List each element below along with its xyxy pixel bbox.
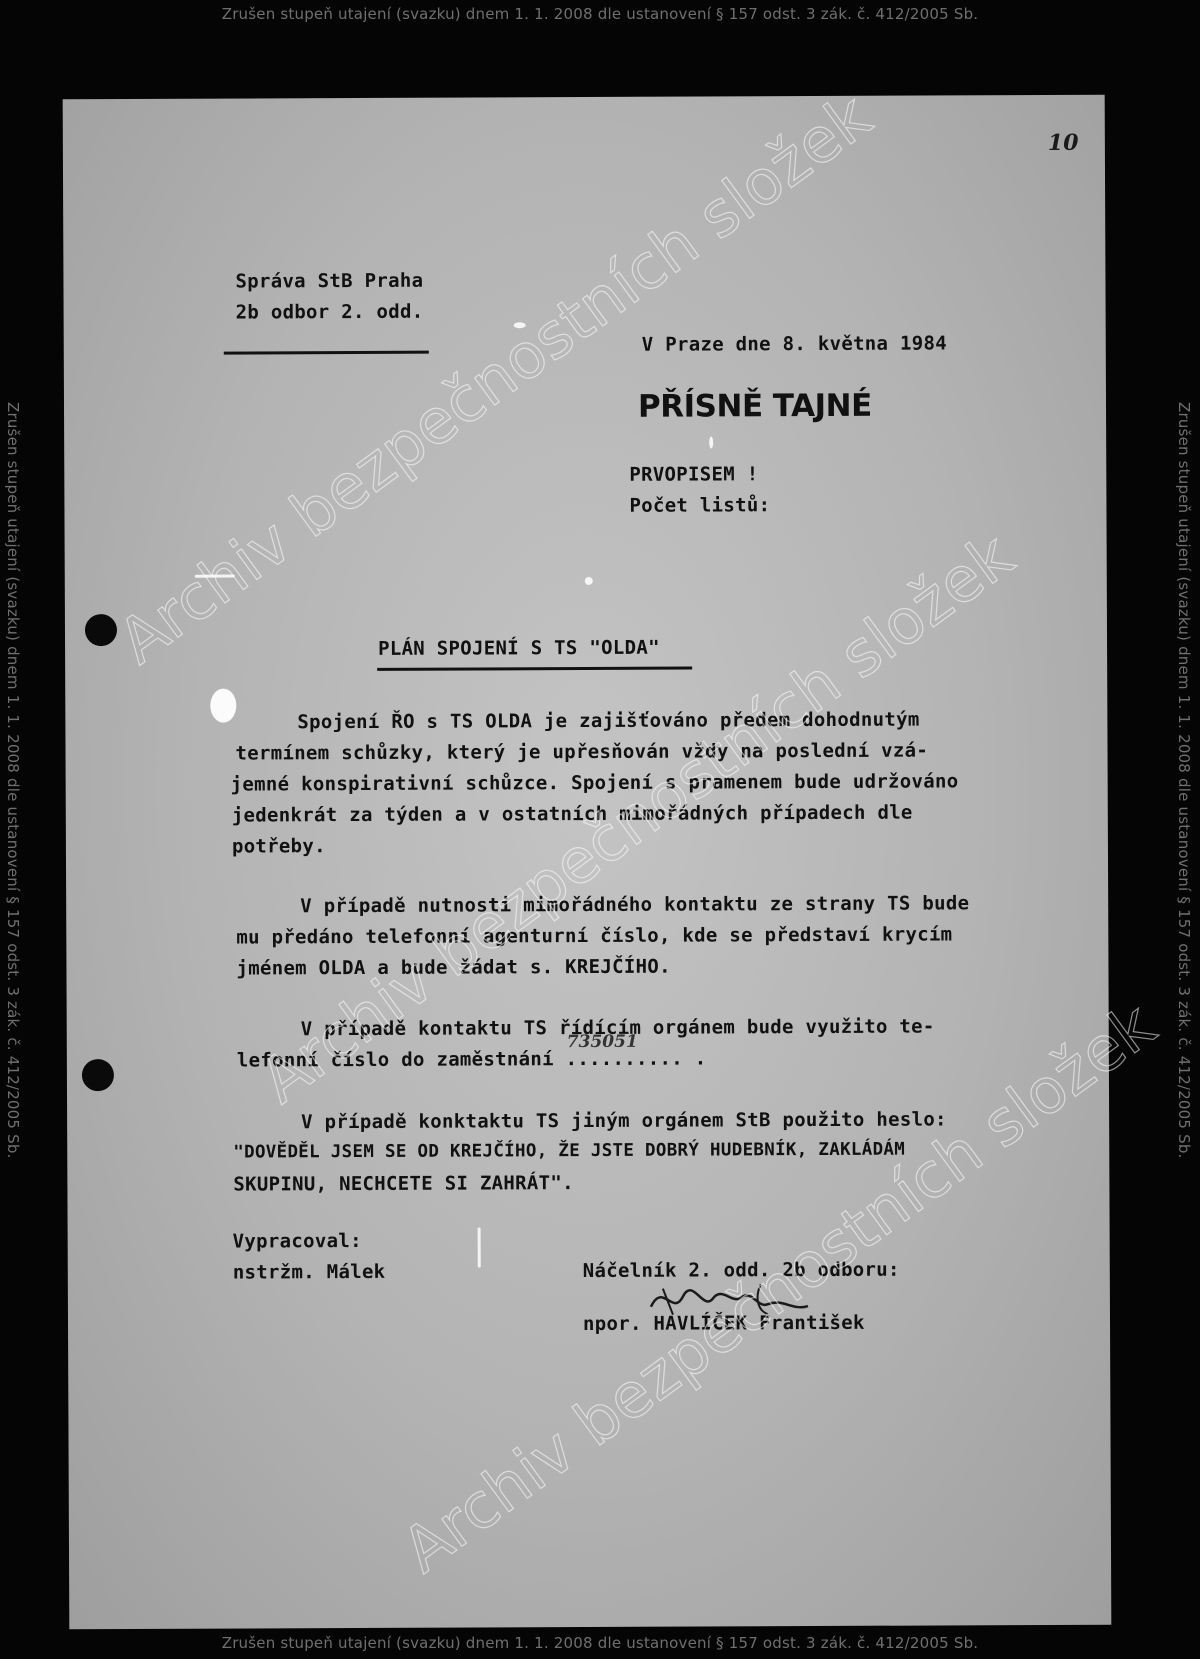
archive-watermark: Archiv bezpečnostních složek (389, 988, 1168, 1587)
paper-blemish (478, 1227, 481, 1267)
document-title: PLÁN SPOJENÍ S TS "OLDA" (378, 637, 660, 660)
prepared-by-name: nstržm. Málek (233, 1261, 386, 1284)
archive-watermark: Archiv bezpečnostních složek (105, 79, 884, 678)
org-line-1: Správa StB Praha (235, 270, 423, 293)
place-date: V Praze dne 8. května 1984 (642, 332, 947, 355)
sheet-count-label: Počet listů: (629, 494, 770, 517)
paragraph-2-line: mu předáno telefonní agenturní číslo, kd… (236, 923, 952, 948)
paper-blemish (514, 322, 526, 328)
classification: PŘÍSNĚ TAJNÉ (638, 388, 872, 425)
paper-blemish (709, 436, 713, 448)
punch-hole (82, 1059, 114, 1091)
copy-label: PRVOPISEM ! (629, 463, 758, 486)
paragraph-4-line: SKUPINU, NECHCETE SI ZAHRÁT". (233, 1172, 574, 1195)
title-underline (377, 667, 692, 671)
paragraph-1-line: termínem schůzky, který je upřesňován vž… (235, 740, 928, 765)
handwritten-phone-number: 735051 (567, 1032, 638, 1052)
paper-blemish (585, 577, 593, 585)
paragraph-4-line: V případě konktaktu TS jiným orgánem StB… (301, 1108, 947, 1133)
archive-declassification-stamp-top: Zrušen stupeň utajení (svazku) dnem 1. 1… (0, 5, 1200, 23)
archive-declassification-stamp-bottom: Zrušen stupeň utajení (svazku) dnem 1. 1… (0, 1634, 1200, 1652)
paper-blemish (195, 575, 235, 578)
header-rule (224, 351, 429, 355)
paper-blemish (210, 689, 236, 723)
paragraph-4-line: "DOVĚDĚL JSEM SE OD KREJČÍHO, ŽE JSTE DO… (233, 1140, 905, 1163)
org-line-2: 2b odbor 2. odd. (236, 301, 424, 324)
paragraph-2-line: V případě nutnosti mimořádného kontaktu … (300, 892, 969, 917)
archive-declassification-stamp-left: Zrušen stupeň utajení (svazku) dnem 1. 1… (4, 402, 22, 1159)
page-number: 10 (1048, 130, 1079, 156)
prepared-by-label: Vypracoval: (233, 1230, 362, 1253)
archive-declassification-stamp-right: Zrušen stupeň utajení (svazku) dnem 1. 1… (1175, 402, 1193, 1159)
paragraph-1-line: jemné konspirativní schůzce. Spojení s p… (231, 770, 959, 795)
paragraph-1-line: potřeby. (232, 835, 326, 857)
document-page: 10 Správa StB Praha 2b odbor 2. odd. V P… (63, 95, 1112, 1630)
